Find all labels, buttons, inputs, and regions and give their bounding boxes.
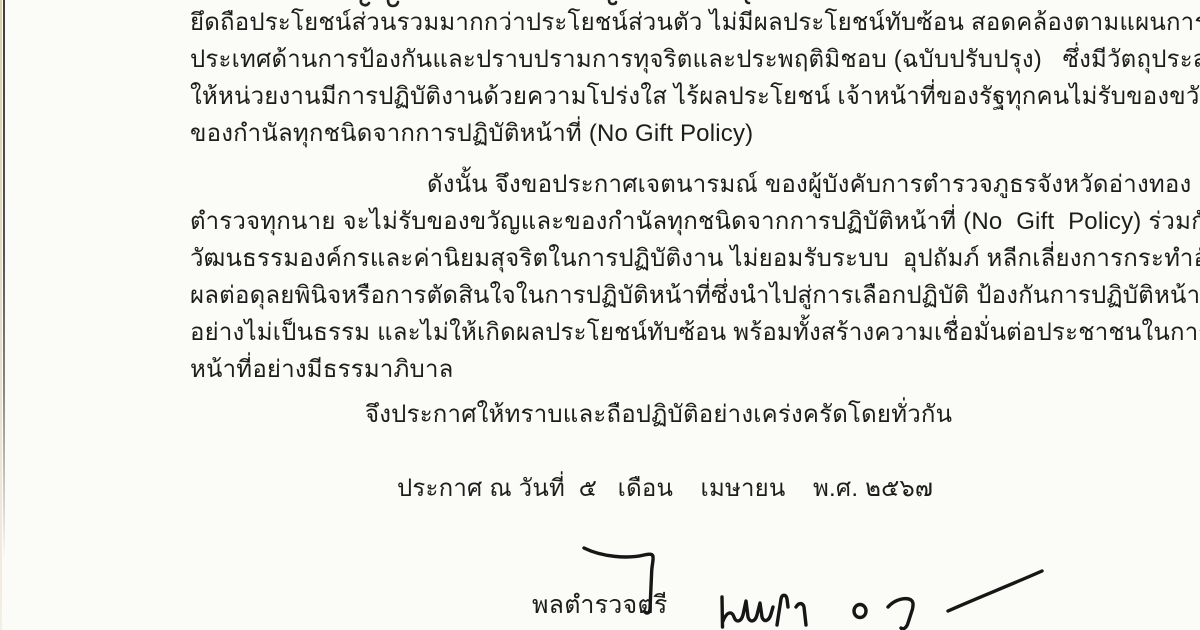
handwritten-signature-icon bbox=[570, 523, 1060, 630]
scanned-document-page: ยึดถือประโยชน์ส่วนรวมมากกว่าประโยชน์ส่วน… bbox=[0, 0, 1200, 630]
body-line: หน้าที่อย่างมีธรรมาภิบาล bbox=[190, 353, 454, 387]
body-line: อย่างไม่เป็นธรรม และไม่ให้เกิดผลประโยชน์… bbox=[190, 316, 1200, 350]
body-line: วัฒนธรรมองค์กรและค่านิยมสุจริตในการปฏิบั… bbox=[190, 242, 1200, 276]
body-line: ของกำนัลทุกชนิดจากการปฏิบัติหน้าที่ (No … bbox=[190, 117, 753, 151]
body-line-indented: ดังนั้น จึงขอประกาศเจตนารมณ์ ของผู้บังคั… bbox=[427, 168, 1200, 202]
body-line: ผลต่อดุลยพินิจหรือการตัดสินใจในการปฏิบัต… bbox=[190, 279, 1200, 313]
body-line: ให้หน่วยงานมีการปฏิบัติงานด้วยความโปร่งใ… bbox=[190, 80, 1200, 114]
scan-edge-line bbox=[3, 0, 5, 560]
promulgation-date-line: ประกาศ ณ วันที่ ๕ เดือน เมษายน พ.ศ. ๒๕๖๗ bbox=[397, 472, 933, 506]
body-line: ประเทศด้านการป้องกันและปราบปรามการทุจริต… bbox=[190, 43, 1200, 77]
body-line: ยึดถือประโยชน์ส่วนรวมมากกว่าประโยชน์ส่วน… bbox=[190, 6, 1200, 40]
body-line: ตำรวจทุกนาย จะไม่รับของขวัญและของกำนัลทุ… bbox=[190, 205, 1200, 239]
closing-line: จึงประกาศให้ทราบและถือปฏิบัติอย่างเคร่งค… bbox=[365, 398, 952, 432]
scan-edge-strip bbox=[0, 0, 2, 630]
